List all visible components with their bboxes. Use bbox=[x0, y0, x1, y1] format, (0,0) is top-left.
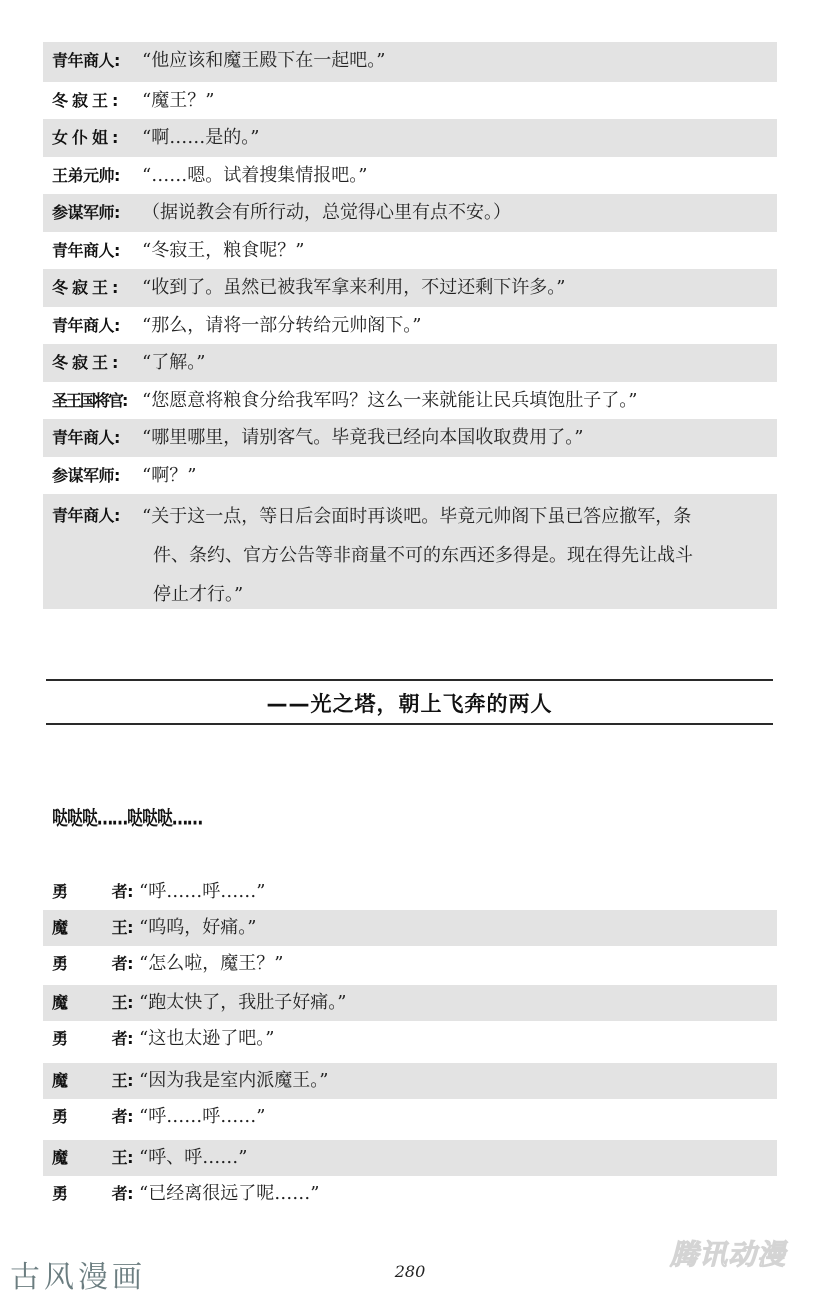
speaker-char: 勇 bbox=[52, 1099, 68, 1135]
dialogue-text: “他应该和魔王殿下在一起吧。” bbox=[142, 42, 777, 80]
dialogue-text: “呼……呼……” bbox=[139, 1099, 777, 1135]
dialogue-text: “收到了。虽然已被我军拿来利用，不过还剩下许多。” bbox=[142, 269, 777, 307]
speaker-label: 勇者: bbox=[43, 1176, 139, 1212]
speaker-char: 王: bbox=[112, 1063, 133, 1099]
section-rule-bottom bbox=[46, 723, 773, 725]
speaker-label: 参谋军师: bbox=[43, 457, 142, 495]
dialogue-text: “哪里哪里，请别客气。毕竟我已经向本国收取费用了。” bbox=[142, 419, 777, 457]
dialogue-row: 勇者: “呼……呼……” bbox=[43, 1099, 777, 1135]
dialogue-row: 青年商人: “冬寂王，粮食呢？” bbox=[43, 232, 777, 269]
dialogue-text: “因为我是室内派魔王。” bbox=[139, 1063, 777, 1099]
dialogue-text: “……嗯。试着搜集情报吧。” bbox=[142, 157, 777, 195]
speaker-char: 魔 bbox=[52, 1140, 68, 1176]
dialogue-row: 勇者: “怎么啦，魔王？” bbox=[43, 946, 777, 982]
speaker-char: 勇 bbox=[52, 1176, 68, 1212]
speaker-label: 魔王: bbox=[43, 910, 139, 946]
dialogue-line: “关于这一点，等日后会面时再谈吧。毕竟元帅阁下虽已答应撤军，条 bbox=[142, 506, 691, 527]
book-page: 青年商人: “他应该和魔王殿下在一起吧。” 冬寂王: “魔王？” 女仆姐: “啊… bbox=[0, 0, 820, 1291]
speaker-label: 魔王: bbox=[43, 985, 139, 1021]
dialogue-row: 勇者: “已经离很远了呢……” bbox=[43, 1176, 777, 1212]
dialogue-text: “呼、呼……” bbox=[139, 1140, 777, 1176]
dialogue-text: “那么，请将一部分转给元帅阁下。” bbox=[142, 307, 777, 345]
dialogue-row: 王弟元帅: “……嗯。试着搜集情报吧。” bbox=[43, 157, 777, 194]
watermark-right: 腾讯动漫 bbox=[670, 1233, 786, 1273]
dialogue-text: “怎么啦，魔王？” bbox=[139, 946, 777, 982]
speaker-label: 魔王: bbox=[43, 1140, 139, 1176]
sound-effect-text: 哒哒哒……哒哒哒…… bbox=[52, 803, 202, 831]
dialogue-row: 参谋军师: “啊？” bbox=[43, 457, 777, 494]
dialogue-row: 青年商人: “那么，请将一部分转给元帅阁下。” bbox=[43, 307, 777, 344]
speaker-label: 女仆姐: bbox=[43, 119, 142, 157]
speaker-char: 王: bbox=[112, 910, 133, 946]
dialogue-text: （据说教会有所行动，总觉得心里有点不安。） bbox=[142, 194, 777, 232]
dialogue-row: 青年商人: “他应该和魔王殿下在一起吧。” bbox=[43, 42, 777, 82]
speaker-label: 魔王: bbox=[43, 1063, 139, 1099]
speaker-label: 青年商人: bbox=[43, 419, 142, 457]
dialogue-row: 参谋军师: （据说教会有所行动，总觉得心里有点不安。） bbox=[43, 194, 777, 232]
speaker-char: 王: bbox=[112, 1140, 133, 1176]
speaker-label: 参谋军师: bbox=[43, 194, 142, 232]
speaker-label: 冬寂王: bbox=[43, 82, 142, 120]
dialogue-text: “啊？” bbox=[142, 457, 777, 495]
speaker-char: 魔 bbox=[52, 985, 68, 1021]
speaker-label: 勇者: bbox=[43, 1099, 139, 1135]
dialogue-text: “这也太逊了吧。” bbox=[139, 1021, 777, 1057]
dialogue-text: “啊……是的。” bbox=[142, 119, 777, 157]
speaker-char: 勇 bbox=[52, 1021, 68, 1057]
dialogue-text: “已经离很远了呢……” bbox=[139, 1176, 777, 1212]
speaker-label: 勇者: bbox=[43, 946, 139, 982]
dialogue-row: 魔王: “呜呜，好痛。” bbox=[43, 910, 777, 946]
dialogue-row-long: 青年商人: “关于这一点，等日后会面时再谈吧。毕竟元帅阁下虽已答应撤军，条 件、… bbox=[43, 494, 777, 609]
dialogue-text: “魔王？” bbox=[142, 82, 777, 120]
dialogue-row: 魔王: “呼、呼……” bbox=[43, 1140, 777, 1176]
dialogue-row: 魔王: “因为我是室内派魔王。” bbox=[43, 1063, 777, 1099]
speaker-char: 者: bbox=[112, 946, 133, 982]
speaker-label: 青年商人: bbox=[43, 232, 142, 270]
section-title: ——光之塔，朝上飞奔的两人 bbox=[46, 686, 773, 722]
dialogue-row: 魔王: “跑太快了，我肚子好痛。” bbox=[43, 985, 777, 1021]
dialogue-row: 冬寂王: “收到了。虽然已被我军拿来利用，不过还剩下许多。” bbox=[43, 269, 777, 307]
speaker-label: 青年商人: bbox=[43, 307, 142, 345]
dialogue-row: 青年商人: “哪里哪里，请别客气。毕竟我已经向本国收取费用了。” bbox=[43, 419, 777, 457]
speaker-char: 魔 bbox=[52, 910, 68, 946]
speaker-label: 勇者: bbox=[43, 1021, 139, 1057]
dialogue-row: 冬寂王: “魔王？” bbox=[43, 82, 777, 119]
speaker-char: 魔 bbox=[52, 1063, 68, 1099]
dialogue-line: 停止才行。” bbox=[142, 575, 769, 614]
dialogue-row: 勇者: “这也太逊了吧。” bbox=[43, 1021, 777, 1057]
dialogue-row: 女仆姐: “啊……是的。” bbox=[43, 119, 777, 157]
speaker-label: 青年商人: bbox=[43, 494, 142, 535]
speaker-label: 圣王国将官: bbox=[43, 382, 142, 420]
dialogue-text: “呼……呼……” bbox=[139, 874, 777, 910]
dialogue-row: 勇者: “呼……呼……” bbox=[43, 874, 777, 910]
speaker-label: 冬寂王: bbox=[43, 269, 142, 307]
dialogue-text: “呜呜，好痛。” bbox=[139, 910, 777, 946]
dialogue-text: “了解。” bbox=[142, 344, 777, 382]
speaker-label: 青年商人: bbox=[43, 42, 142, 80]
speaker-label: 王弟元帅: bbox=[43, 157, 142, 195]
dialogue-row: 圣王国将官: “您愿意将粮食分给我军吗？这么一来就能让民兵填饱肚子了。” bbox=[43, 382, 777, 419]
speaker-char: 王: bbox=[112, 985, 133, 1021]
dialogue-row: 冬寂王: “了解。” bbox=[43, 344, 777, 382]
dialogue-text: “关于这一点，等日后会面时再谈吧。毕竟元帅阁下虽已答应撤军，条 件、条约、官方公… bbox=[142, 494, 777, 614]
speaker-char: 勇 bbox=[52, 946, 68, 982]
speaker-char: 者: bbox=[112, 1021, 133, 1057]
speaker-char: 者: bbox=[112, 874, 133, 910]
speaker-label: 勇者: bbox=[43, 874, 139, 910]
dialogue-line: 件、条约、官方公告等非商量不可的东西还多得是。现在得先让战斗 bbox=[142, 536, 769, 575]
speaker-char: 者: bbox=[112, 1099, 133, 1135]
speaker-char: 勇 bbox=[52, 874, 68, 910]
dialogue-text: “跑太快了，我肚子好痛。” bbox=[139, 985, 777, 1021]
speaker-label: 冬寂王: bbox=[43, 344, 142, 382]
speaker-char: 者: bbox=[112, 1176, 133, 1212]
dialogue-text: “冬寂王，粮食呢？” bbox=[142, 232, 777, 270]
dialogue-text: “您愿意将粮食分给我军吗？这么一来就能让民兵填饱肚子了。” bbox=[142, 382, 777, 420]
section-rule-top bbox=[46, 679, 773, 681]
